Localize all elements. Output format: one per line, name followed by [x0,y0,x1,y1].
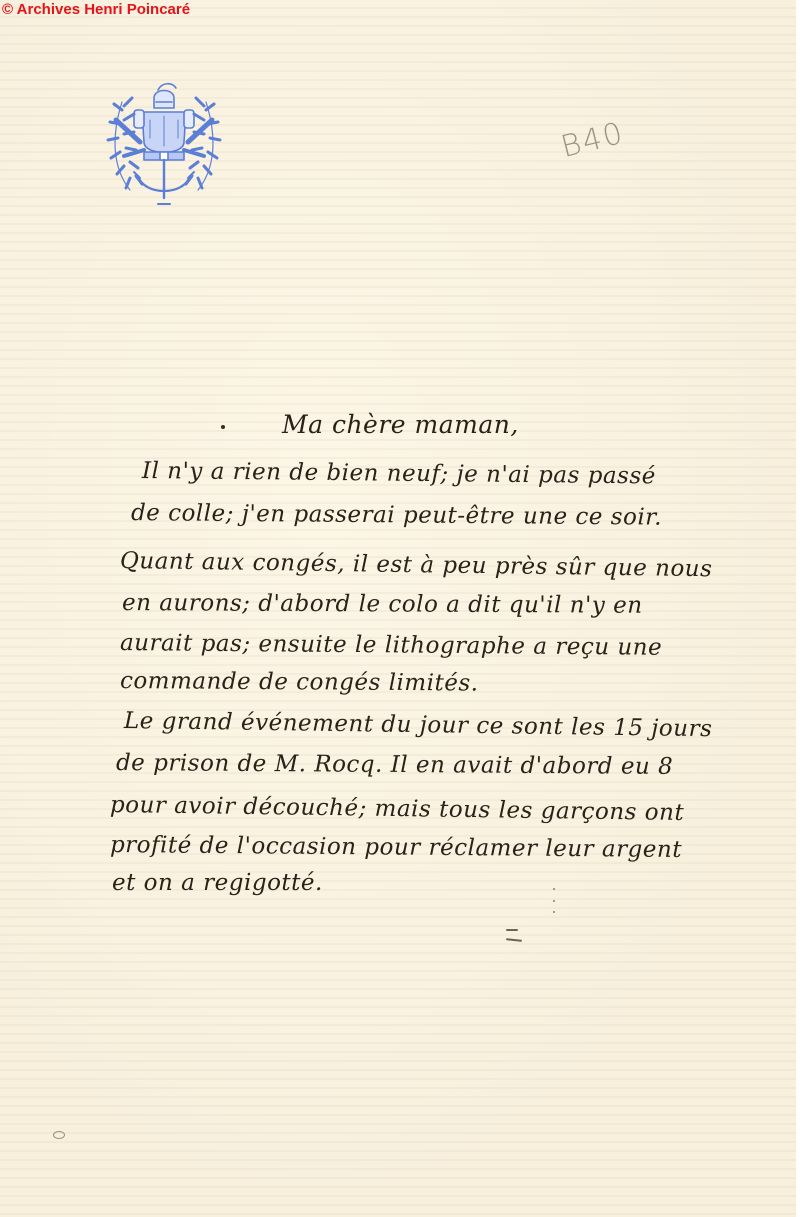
pencil-dot [553,911,555,913]
letter-salutation: Ma chère maman, [282,410,519,439]
pencil-stroke [506,929,518,931]
letter-line-6: commande de congés limités. [120,668,479,697]
letter-line-11: et on a regigotté. [112,870,323,896]
letter-line-4: en aurons; d'abord le colo a dit qu'il n… [122,590,643,619]
pencil-dot [553,900,555,902]
letter-line-10: profité de l'occasion pour réclamer leur… [110,832,682,863]
ink-dot [221,425,225,429]
coat-of-arms-icon [100,80,228,210]
paper-mark [53,1131,65,1139]
page-edge [796,0,800,1217]
letter-line-1: Il n'y a rien de bien neuf; je n'ai pas … [142,458,656,489]
copyright-watermark: © Archives Henri Poincaré [2,1,190,18]
pencil-dot [553,888,555,890]
letter-line-2: de colle; j'en passerai peut-être une ce… [131,500,662,531]
letter-line-5: aurait pas; ensuite le lithographe a reç… [120,630,662,661]
letter-line-8: de prison de M. Rocq. Il en avait d'abor… [116,750,673,780]
